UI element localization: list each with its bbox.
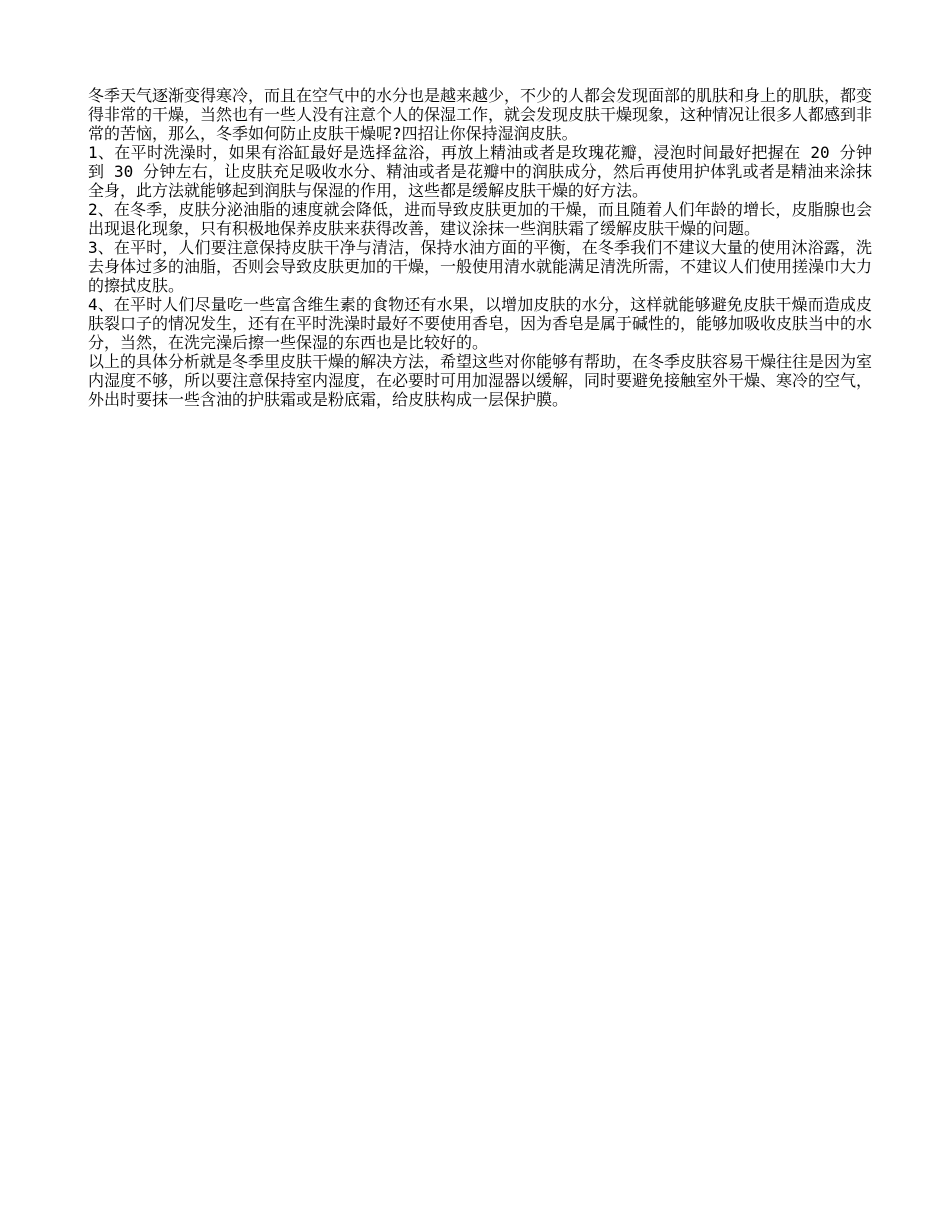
tip-3-paragraph: 3、在平时，人们要注意保持皮肤干净与清洁，保持水油方面的平衡，在冬季我们不建议大…: [88, 238, 872, 295]
tip-1-paragraph: 1、在平时洗澡时，如果有浴缸最好是选择盆浴，再放上精油或者是玫瑰花瓣，浸泡时间最…: [88, 143, 872, 200]
article-body: 冬季天气逐渐变得寒冷，而且在空气中的水分也是越来越少，不少的人都会发现面部的肌肤…: [88, 86, 872, 409]
tip-4-paragraph: 4、在平时人们尽量吃一些富含维生素的食物还有水果，以增加皮肤的水分，这样就能够避…: [88, 295, 872, 352]
tip-2-paragraph: 2、在冬季，皮肤分泌油脂的速度就会降低，进而导致皮肤更加的干燥，而且随着人们年龄…: [88, 200, 872, 238]
intro-paragraph: 冬季天气逐渐变得寒冷，而且在空气中的水分也是越来越少，不少的人都会发现面部的肌肤…: [88, 86, 872, 143]
conclusion-paragraph: 以上的具体分析就是冬季里皮肤干燥的解决方法，希望这些对你能够有帮助，在冬季皮肤容…: [88, 352, 872, 409]
document-page: 冬季天气逐渐变得寒冷，而且在空气中的水分也是越来越少，不少的人都会发现面部的肌肤…: [0, 0, 950, 1230]
